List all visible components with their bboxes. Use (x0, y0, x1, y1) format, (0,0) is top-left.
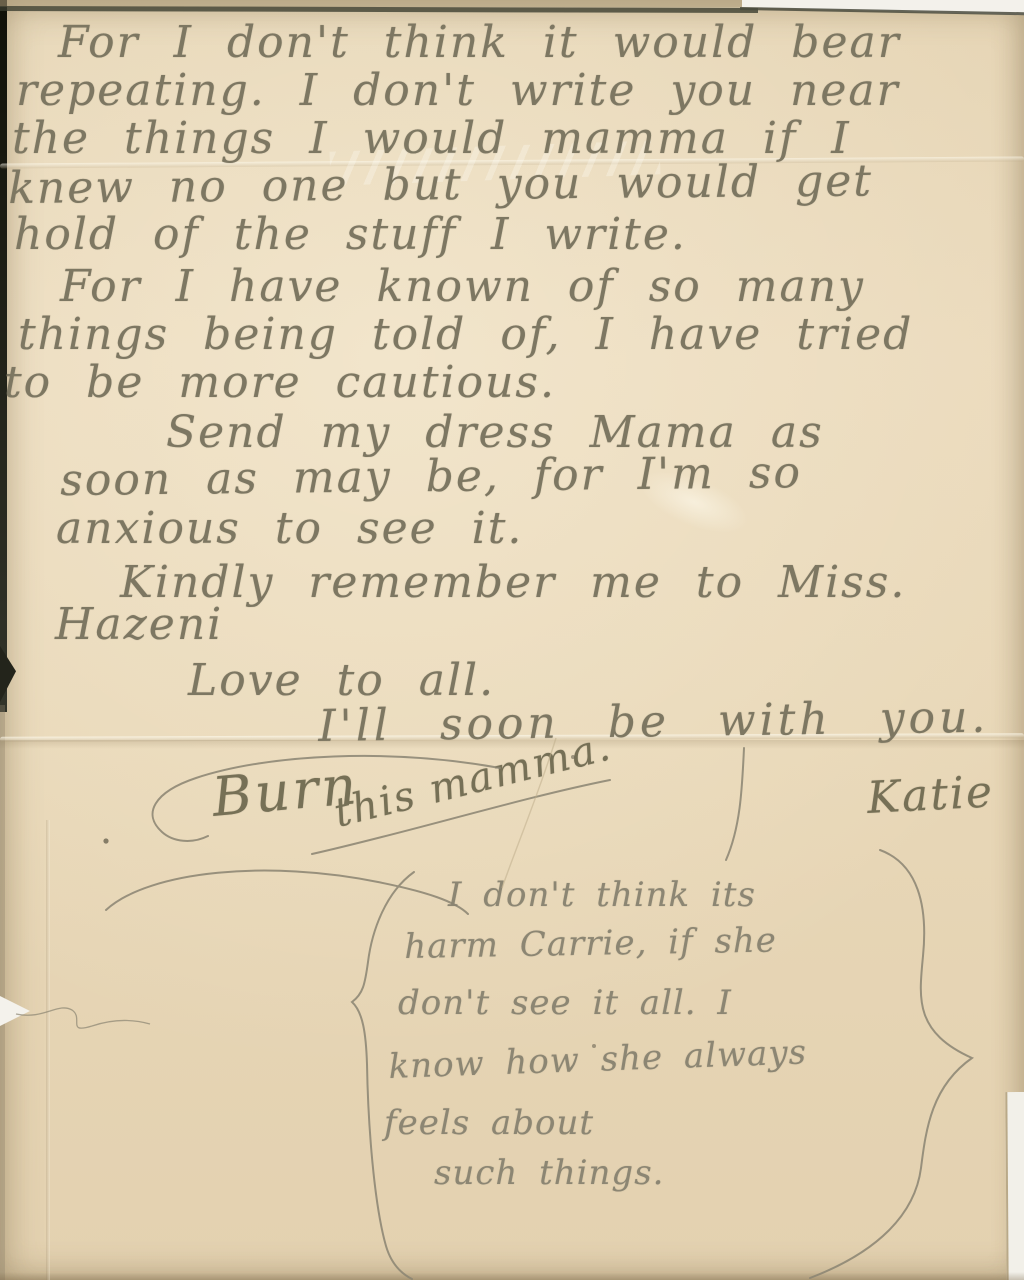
letter-line: I'll soon be with you. (318, 695, 990, 751)
margin-note-line: feels about (384, 1106, 594, 1142)
paper-top-right-edge-line (740, 7, 1024, 15)
scan-background-top-right (742, 0, 1024, 15)
letter-line: knew no one but you would get (8, 158, 873, 212)
left-edge-tear-highlight (0, 996, 30, 1026)
scan-edge-left-lower-shade (0, 705, 5, 1280)
paper-top-fold-shade (0, 0, 762, 7)
letter-line: repeating. I don't write you near (16, 68, 900, 114)
margin-note-line: know how she always (388, 1035, 808, 1085)
letter-line: Hazeni (55, 602, 223, 648)
letter-line: the things I would mamma if I (12, 116, 851, 162)
paper-top-edge-line (0, 6, 758, 13)
margin-note-line: I don't think its (448, 878, 756, 914)
letter-line: to be more cautious. (4, 360, 556, 406)
margin-note-line: such things. (434, 1156, 664, 1192)
letter-line: anxious to see it. (56, 506, 523, 552)
margin-note-line: don't see it all. I (398, 986, 732, 1022)
scan-edge-left-dark-strip (0, 0, 7, 712)
letter-page: For I don't think it would bear repeatin… (0, 0, 1024, 1280)
letter-line: For I don't think it would bear (58, 20, 901, 66)
scan-background-bottom-right (1005, 1092, 1024, 1280)
letter-line: For I have known of so many (60, 264, 865, 310)
you-descender-stroke (726, 748, 744, 860)
pencil-dot (103, 838, 108, 843)
right-brace-curve (810, 850, 972, 1278)
vertical-fold-crease (46, 820, 50, 1280)
tear-squiggle (16, 1008, 150, 1028)
letter-line: Love to all. (188, 658, 495, 704)
letter-line: hold of the stuff I write. (14, 212, 687, 258)
burn-lower-swoosh (106, 871, 468, 914)
margin-note-line: harm Carrie, if she (404, 923, 777, 965)
paper-bottom-edge-shade (0, 1272, 1024, 1280)
letter-line: soon as may be, for I'm so (60, 450, 802, 504)
letter-line: things being told of, I have tried (18, 312, 913, 358)
scan-edge-left-tear-wedge (0, 646, 16, 702)
letter-line: Kindly remember me to Miss. (120, 560, 906, 606)
signature: Katie (866, 769, 995, 822)
